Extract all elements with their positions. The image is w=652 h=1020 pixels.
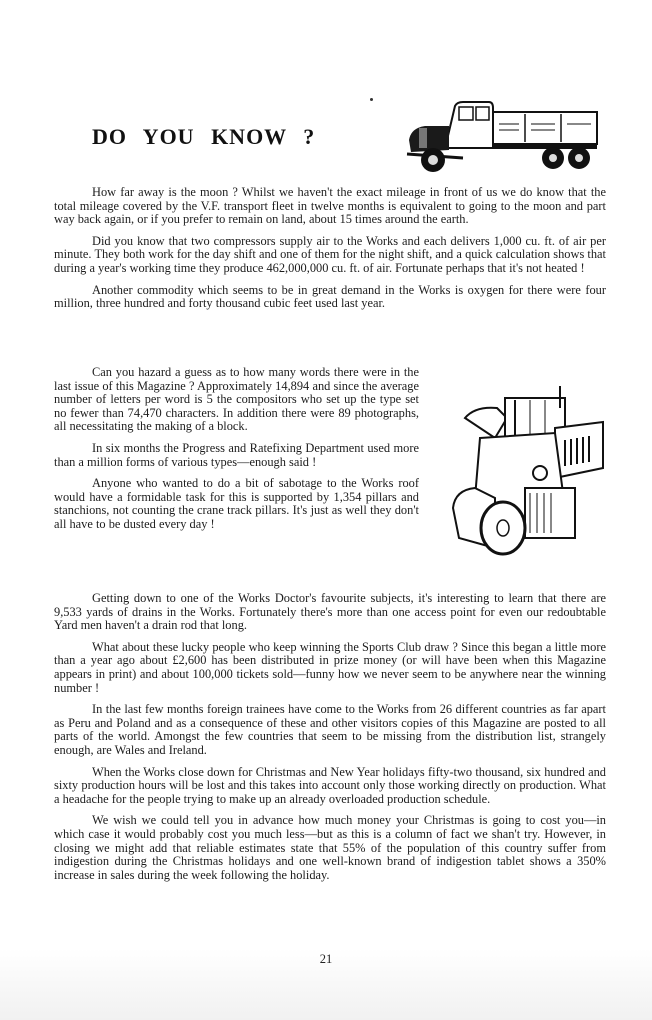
paragraph-oxygen: Another commodity which seems to be in g… xyxy=(54,284,606,311)
paragraph-sports-club: What about these lucky people who keep w… xyxy=(54,641,606,695)
page-number: 21 xyxy=(0,952,652,967)
paragraph-compressors: Did you know that two compressors supply… xyxy=(54,235,606,276)
paragraph-indigestion: We wish we could tell you in advance how… xyxy=(54,814,606,882)
magazine-page: DO YOU KNOW ? How far away is the moon ?… xyxy=(0,0,652,1020)
truck-icon xyxy=(403,98,603,178)
article-body-bottom: Getting down to one of the Works Doctor'… xyxy=(54,592,606,890)
paragraph-trainees: In the last few months foreign trainees … xyxy=(54,703,606,757)
article-body-top: How far away is the moon ? Whilst we hav… xyxy=(54,186,606,319)
article-body-column: Can you hazard a guess as to how many wo… xyxy=(54,366,419,540)
printing-press-icon xyxy=(435,378,610,558)
page-title: DO YOU KNOW ? xyxy=(92,124,315,150)
print-speck xyxy=(370,98,373,101)
paragraph-forms: In six months the Progress and Ratefixin… xyxy=(54,442,419,469)
paragraph-moon: How far away is the moon ? Whilst we hav… xyxy=(54,186,606,227)
paragraph-drains: Getting down to one of the Works Doctor'… xyxy=(54,592,606,633)
paragraph-christmas-hours: When the Works close down for Christmas … xyxy=(54,766,606,807)
paragraph-words: Can you hazard a guess as to how many wo… xyxy=(54,366,419,434)
paragraph-roof: Anyone who wanted to do a bit of sabotag… xyxy=(54,477,419,531)
